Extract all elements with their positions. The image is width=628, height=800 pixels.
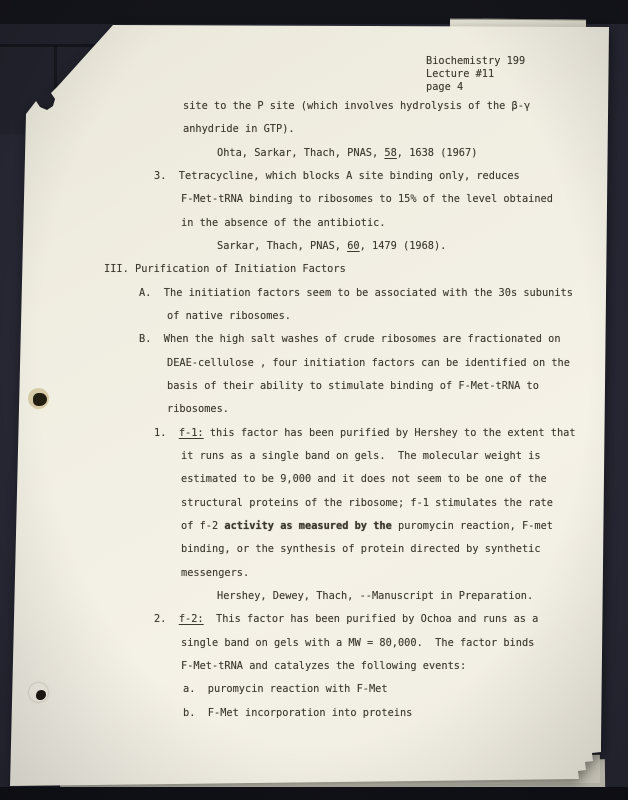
text-segment: F-Met-tRNA binding to ribosomes to 15% o… bbox=[181, 193, 553, 205]
underlined-text: 58 bbox=[384, 147, 396, 159]
header-course: Biochemistry 199 bbox=[426, 55, 525, 68]
text-segment: Ohta, Sarkar, Thach, PNAS, bbox=[217, 147, 384, 159]
text-segment: a. puromycin reaction with F-Met bbox=[183, 683, 388, 695]
text-segment: DEAE-cellulose , four initiation factors… bbox=[167, 357, 570, 369]
text-segment: 2. bbox=[154, 613, 179, 625]
text-segment: of native ribosomes. bbox=[167, 310, 291, 322]
typed-line: A. The initiation factors seem to be ass… bbox=[139, 287, 573, 300]
underlined-text: f-1: bbox=[179, 427, 204, 439]
typed-line: Sarkar, Thach, PNAS, 60, 1479 (1968). bbox=[217, 240, 446, 253]
text-segment: puromycin reaction, F-met bbox=[392, 520, 553, 532]
text-segment: , 1479 (1968). bbox=[360, 240, 447, 252]
typed-line: it runs as a single band on gels. The mo… bbox=[181, 450, 541, 463]
typed-line: estimated to be 9,000 and it does not se… bbox=[181, 473, 547, 486]
typed-line: 1. f-1: this factor has been purified by… bbox=[154, 427, 576, 440]
typed-line: messengers. bbox=[181, 567, 249, 580]
text-segment: structural proteins of the ribosome; f-1… bbox=[181, 497, 553, 509]
typed-line: DEAE-cellulose , four initiation factors… bbox=[167, 357, 570, 370]
text-segment: estimated to be 9,000 and it does not se… bbox=[181, 473, 547, 485]
text-segment: ribosomes. bbox=[167, 403, 229, 415]
typed-line: b. F-Met incorporation into proteins bbox=[183, 707, 412, 720]
typed-line: III. Purification of Initiation Factors bbox=[104, 263, 346, 276]
typed-line: ribosomes. bbox=[167, 403, 229, 416]
text-segment: 1. bbox=[154, 427, 179, 439]
text-segment: it runs as a single band on gels. The mo… bbox=[181, 450, 541, 462]
header-lecture: Lecture #11 bbox=[426, 68, 494, 81]
text-segment: site to the P site (which involves hydro… bbox=[183, 100, 530, 112]
text-segment: b. F-Met incorporation into proteins bbox=[183, 707, 412, 719]
text-segment: basis of their ability to stimulate bind… bbox=[167, 380, 539, 392]
text-segment: F-Met-tRNA and catalyzes the following e… bbox=[181, 660, 466, 672]
text-segment: of f-2 bbox=[181, 520, 224, 532]
text-segment: III. Purification of Initiation Factors bbox=[104, 263, 346, 275]
typed-line: F-Met-tRNA and catalyzes the following e… bbox=[181, 660, 466, 673]
text-segment: single band on gels with a MW = 80,000. … bbox=[181, 637, 534, 649]
typed-line: basis of their ability to stimulate bind… bbox=[167, 380, 539, 393]
text-segment: in the absence of the antibiotic. bbox=[181, 217, 386, 229]
text-segment: binding, or the synthesis of protein dir… bbox=[181, 543, 541, 555]
text-segment: messengers. bbox=[181, 567, 249, 579]
typed-line: single band on gels with a MW = 80,000. … bbox=[181, 637, 534, 650]
binder-bottom-edge bbox=[0, 787, 628, 800]
text-segment: This factor has been purified by Ochoa a… bbox=[204, 613, 539, 625]
typed-line: binding, or the synthesis of protein dir… bbox=[181, 543, 541, 556]
text-segment: this factor has been purified by Hershey… bbox=[204, 427, 576, 439]
typed-line: of native ribosomes. bbox=[167, 310, 291, 323]
underlined-text: f-2: bbox=[179, 613, 204, 625]
typed-line: 3. Tetracycline, which blocks A site bin… bbox=[154, 170, 520, 183]
text-segment: B. When the high salt washes of crude ri… bbox=[139, 333, 561, 345]
text-segment: , 1638 (1967) bbox=[397, 147, 478, 159]
text-segment: Sarkar, Thach, PNAS, bbox=[217, 240, 347, 252]
typed-line: Ohta, Sarkar, Thach, PNAS, 58, 1638 (196… bbox=[217, 147, 477, 160]
bold-text: activity as measured by the bbox=[224, 520, 391, 532]
typed-line: a. puromycin reaction with F-Met bbox=[183, 683, 388, 696]
text-segment: 3. Tetracycline, which blocks A site bin… bbox=[154, 170, 520, 182]
paper-sheet-wrapper: Biochemistry 199 Lecture #11 page 4 site… bbox=[0, 0, 628, 800]
text-segment: Hershey, Dewey, Thach, --Manuscript in P… bbox=[217, 590, 533, 602]
typed-line: in the absence of the antibiotic. bbox=[181, 217, 386, 230]
text-segment: A. The initiation factors seem to be ass… bbox=[139, 287, 573, 299]
typed-line: anhydride in GTP). bbox=[183, 123, 295, 136]
typed-line: site to the P site (which involves hydro… bbox=[183, 100, 530, 113]
typed-line: 2. f-2: This factor has been purified by… bbox=[154, 613, 538, 626]
paper-sheet: Biochemistry 199 Lecture #11 page 4 site… bbox=[0, 0, 628, 800]
underlined-text: 60 bbox=[347, 240, 359, 252]
typed-line: structural proteins of the ribosome; f-1… bbox=[181, 497, 553, 510]
typed-line: B. When the high salt washes of crude ri… bbox=[139, 333, 561, 346]
photo-of-lecture-notes: Biochemistry 199 Lecture #11 page 4 site… bbox=[0, 0, 628, 800]
typed-line: F-Met-tRNA binding to ribosomes to 15% o… bbox=[181, 193, 553, 206]
typed-line: Hershey, Dewey, Thach, --Manuscript in P… bbox=[217, 590, 533, 603]
text-segment: anhydride in GTP). bbox=[183, 123, 295, 135]
typed-line: of f-2 activity as measured by the purom… bbox=[181, 520, 553, 533]
header-page-number: page 4 bbox=[426, 81, 463, 94]
